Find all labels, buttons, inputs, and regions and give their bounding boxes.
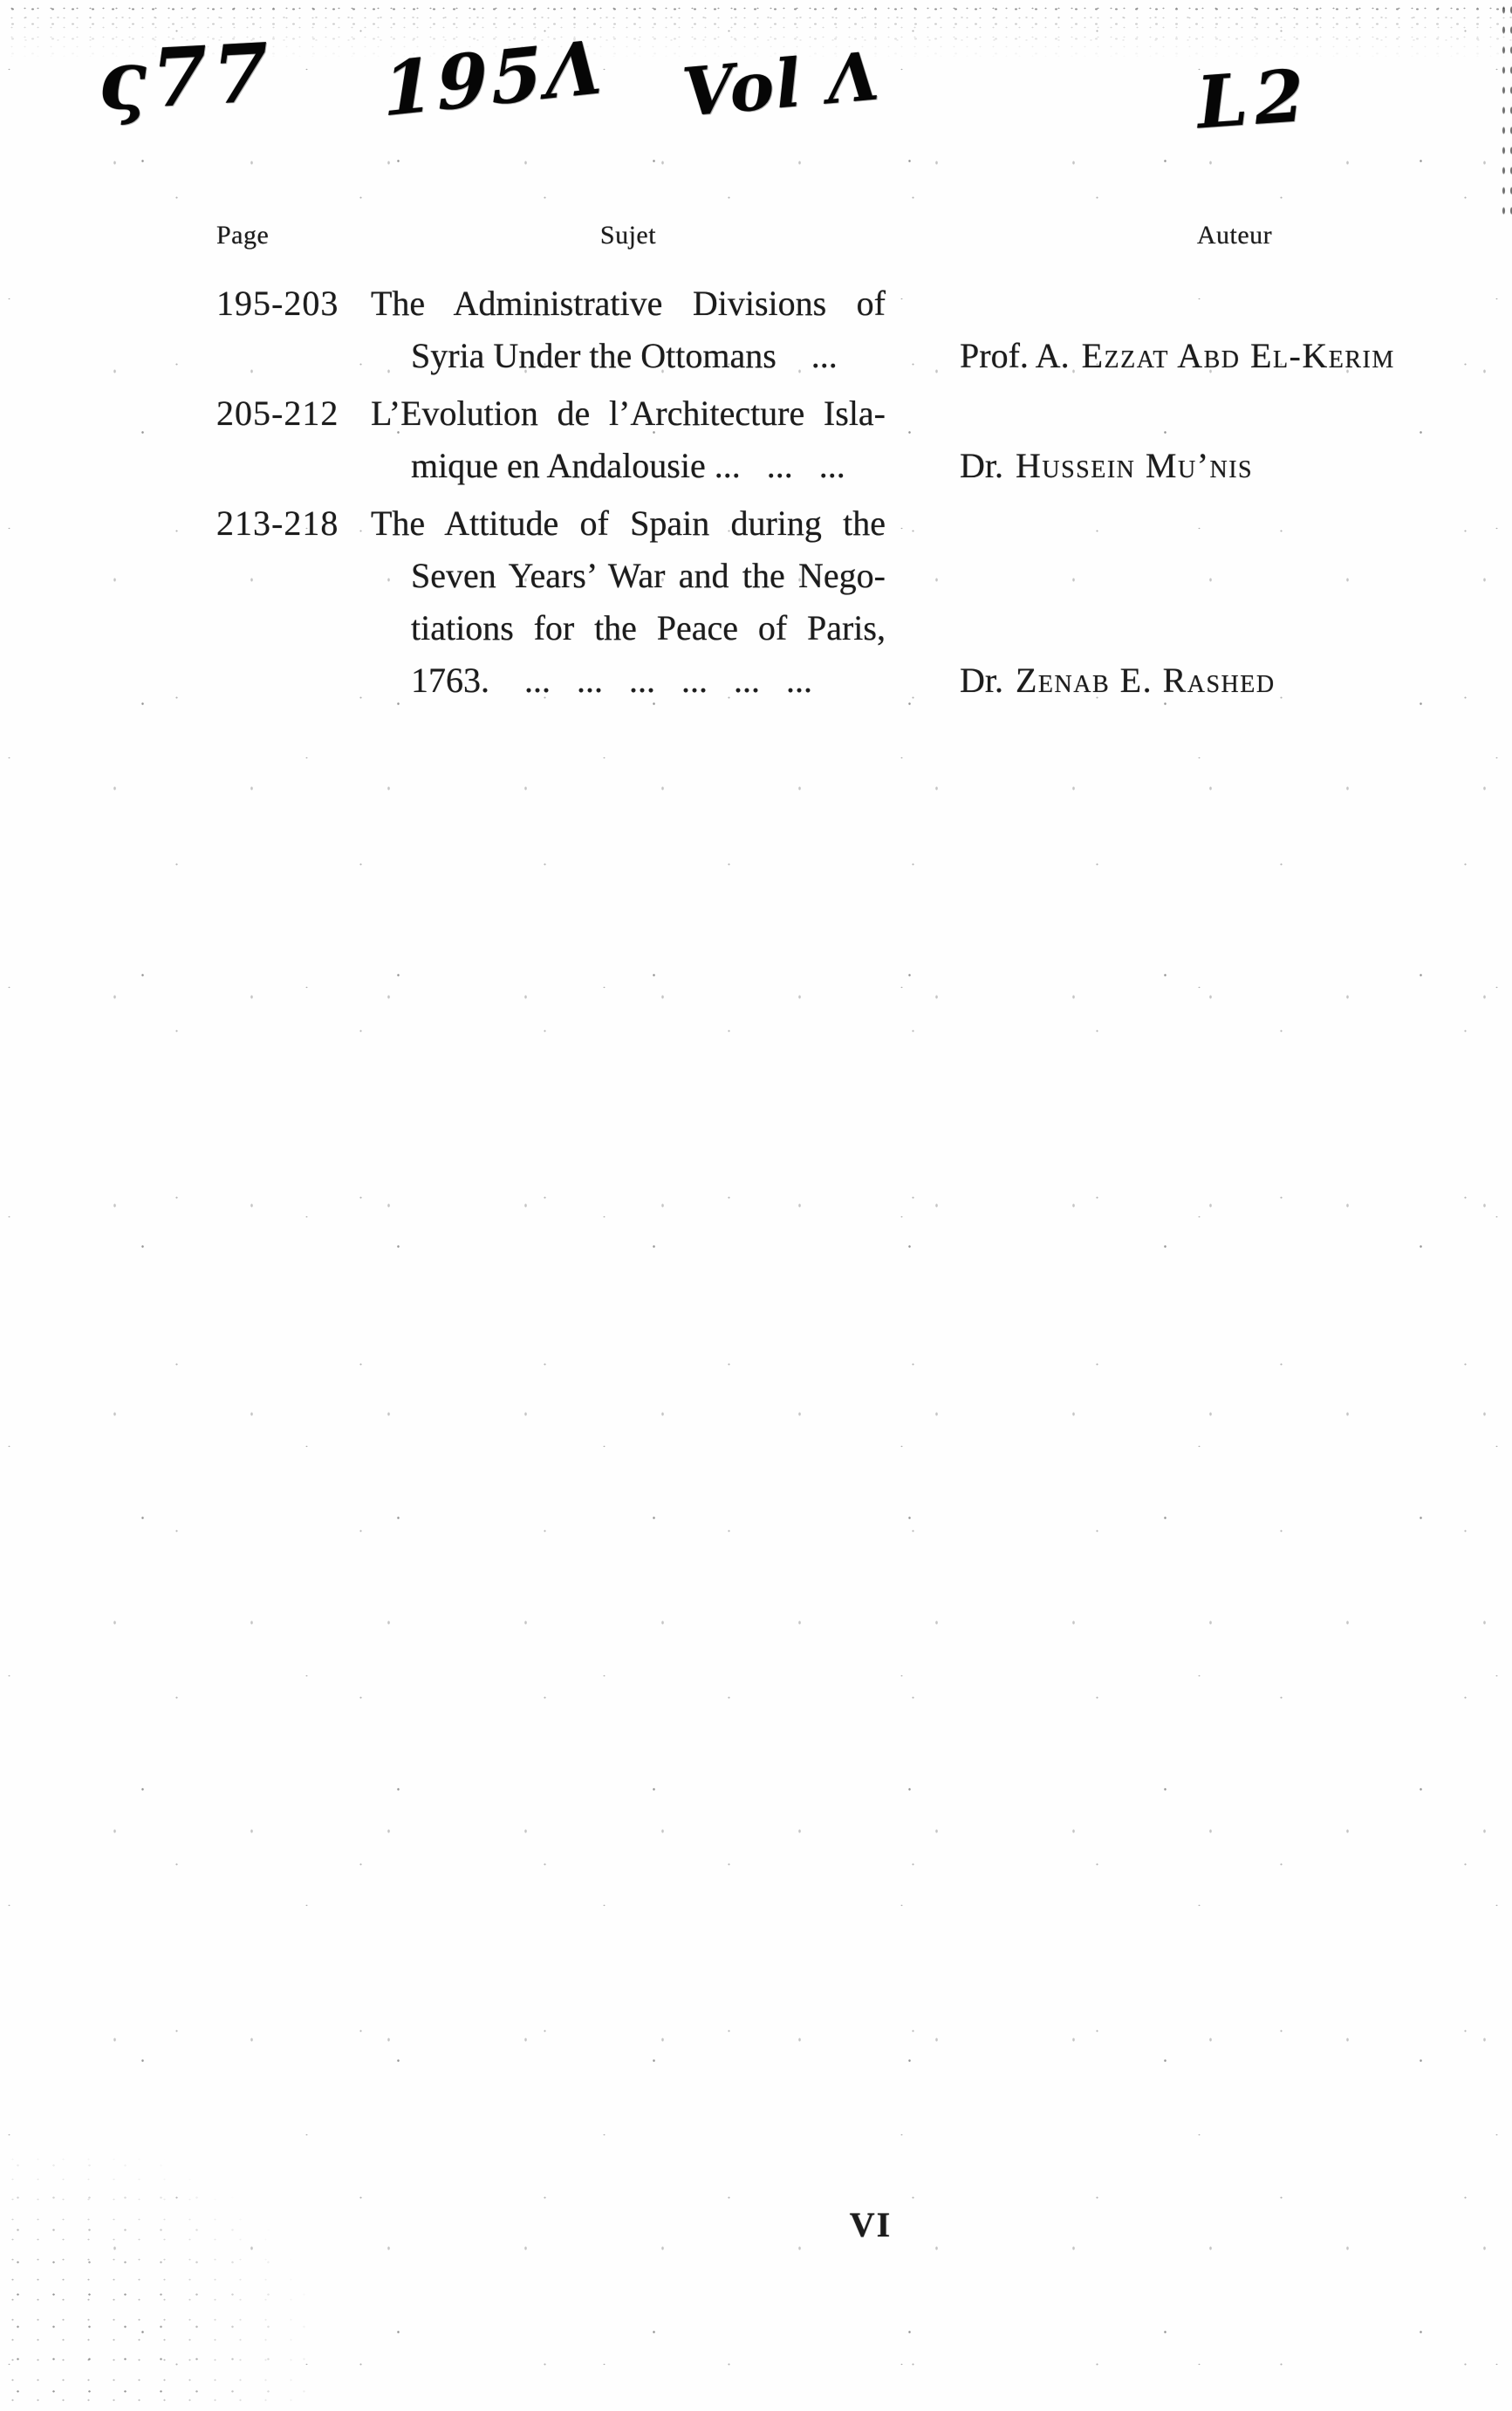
entry-subject: L’Evolution de l’Architecture Isla- miqu…: [371, 387, 886, 492]
right-edge-scan-noise: [1500, 0, 1512, 227]
toc-entry: 205-212 L’Evolution de l’Architecture Is…: [216, 387, 1448, 492]
author-title: Dr.: [960, 661, 1003, 700]
entry-subject-line: Seven Years’ War and the Nego-: [371, 550, 886, 602]
handwritten-year: 195Λ: [381, 24, 607, 134]
table-of-contents: Page Sujet Auteur 195-203 The Administra…: [216, 218, 1448, 712]
entry-page-range: 213-218: [216, 497, 371, 550]
author-title: Prof. A.: [960, 336, 1070, 375]
column-header-subject: Sujet: [371, 218, 886, 253]
handwritten-catalog-number: ς77: [95, 25, 276, 128]
entry-page-range: 195-203: [216, 277, 371, 330]
handwritten-shelf-mark: L2: [1194, 54, 1314, 146]
bottom-left-scan-noise: [0, 2149, 314, 2411]
entry-subject: The Administrative Divisions of Syria Un…: [371, 277, 886, 382]
entry-page-range: 205-212: [216, 387, 371, 440]
entry-subject-line: tiations for the Peace of Paris,: [371, 602, 886, 654]
scanned-toc-page: ς77 195Λ Vol Λ L2 Page Sujet Auteur 195-…: [0, 0, 1512, 2411]
entry-subject-line: Syria Under the Ottomans ...: [371, 330, 886, 382]
entry-subject-line: The Administrative Divisions of: [371, 277, 886, 330]
column-header-page: Page: [216, 218, 371, 253]
handwritten-volume: Vol Λ: [680, 37, 884, 131]
entry-subject-line: mique en Andalousie ... ... ...: [371, 440, 886, 492]
entry-author: Prof. A.Ezzat Abd El-Kerim: [960, 330, 1448, 382]
author-title: Dr.: [960, 446, 1003, 485]
entry-subject-line: L’Evolution de l’Architecture Isla-: [371, 387, 886, 440]
column-header-author: Auteur: [960, 218, 1448, 253]
toc-entry: 195-203 The Administrative Divisions of …: [216, 277, 1448, 382]
toc-entry: 213-218 The Attitude of Spain during the…: [216, 497, 1448, 707]
author-name: Ezzat Abd El-Kerim: [1082, 336, 1395, 375]
entry-author: Dr.Zenab E. Rashed: [960, 654, 1448, 707]
author-name: Hussein Mu’nis: [1016, 446, 1253, 485]
toc-header-row: Page Sujet Auteur: [216, 218, 1448, 253]
entry-subject-line: 1763. ... ... ... ... ... ...: [371, 654, 886, 707]
entry-author: Dr.Hussein Mu’nis: [960, 440, 1448, 492]
author-name: Zenab E. Rashed: [1016, 661, 1276, 700]
entry-subject-line: The Attitude of Spain during the: [371, 497, 886, 550]
page-number-folio: VI: [827, 2204, 914, 2245]
entry-subject: The Attitude of Spain during the Seven Y…: [371, 497, 886, 707]
